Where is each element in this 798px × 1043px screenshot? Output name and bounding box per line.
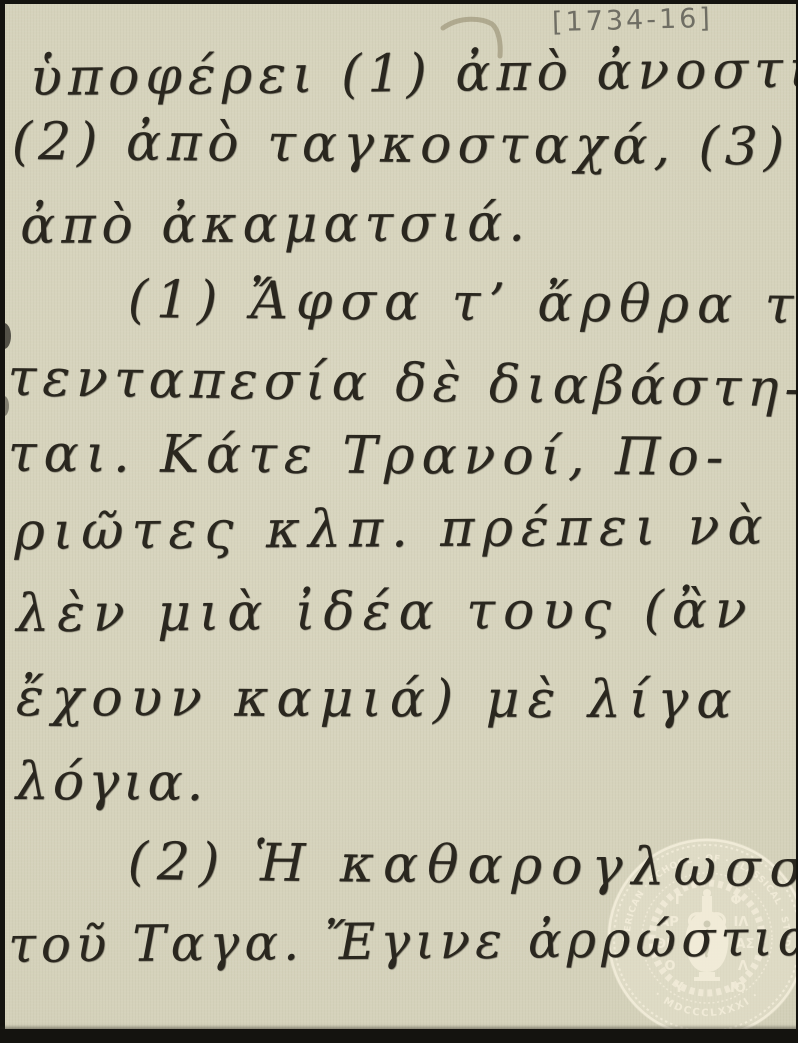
manuscript-line-12: τοῦ Ταγα. Ἔγινε ἀρρώστια (8, 909, 798, 974)
scan-edge-bottom (0, 1029, 798, 1043)
manuscript-line-6: ται. Κάτε Τρανοί, Πο- (8, 424, 731, 488)
manuscript-line-1: ὑποφέρει (1) ἀπὸ ἀνοστιά, (30, 39, 798, 108)
scan-edge-top (0, 0, 798, 4)
manuscript-line-10: λόγια. (16, 752, 208, 813)
manuscript-page-scan: AMERICAN · SCHOOL · OF · CLASSICAL · STV… (0, 0, 798, 1043)
manuscript-line-7: ριῶτες κλπ. πρέπει νὰ (14, 497, 771, 562)
manuscript-line-9: ἔχουν καμιά) μὲ λίγα (16, 668, 740, 731)
manuscript-line-3: ἀπὸ ἀκαματσιά. (20, 193, 531, 256)
manuscript-line-4: (1) Ἄφσα τ’ ἄρθρα τὰ (127, 270, 798, 336)
manuscript-line-2: (2) ἀπὸ ταγκοσταχά, (3) (12, 112, 791, 177)
catalog-number-pencil: [1734-16] (552, 3, 714, 38)
manuscript-line-11: (2) Ἡ καθαρογλωσσιὰ (127, 832, 798, 900)
manuscript-line-8: λὲν μιὰ ἰδέα τους (ἂν (16, 580, 755, 644)
scan-edge-left (0, 0, 5, 1043)
manuscript-line-5: τενταπεσία δὲ διαβάστη- (7, 348, 798, 419)
